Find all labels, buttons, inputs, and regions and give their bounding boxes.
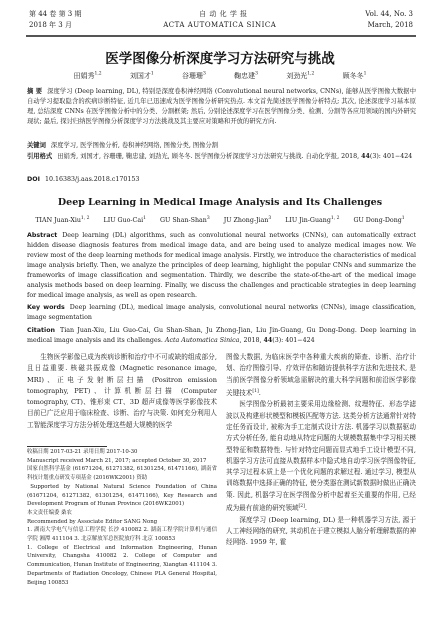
body-column-right: 图像大数据, 为临床医学中各种重大疾病的筛查、诊断、治疗计划、治疗图像引导、疗效… [226,352,416,548]
author-list-cn: 田娟秀1,2 刘国才1 谷珊珊3 鞠忠建3 刘劲光1,2 顾冬冬1 [0,71,440,81]
journal-header: 第 44 卷 第 3 期 自 动 化 学 报 Vol. 44, No. 3 20… [29,9,413,35]
paper-title-cn: 医学图像分析深度学习方法研究与挑战 [0,47,440,67]
funding-cn: 国家自然科学基金 (61671204, 61271382, 61301254, … [27,465,217,482]
footnote-divider [27,446,107,447]
abstract-en: AbstractDeep learning (DL) algorithms, s… [27,231,416,301]
date-en: March, 2018 [368,20,413,31]
issue-cn: 第 44 卷 第 3 期 [29,9,82,20]
citation-en: CitationTian Juan-Xiu, Liu Guo-Cai, Gu S… [27,326,416,346]
body-paragraph: 生物医学影像已成为疾病诊断和治疗中不可或缺的组成部分, 且日益重要. 核磁共振成… [27,352,217,431]
date-cn: 2018 年 3 月 [29,20,72,31]
doi-label: DOI [27,176,40,183]
body-column-left: 生物医学影像已成为疾病诊断和治疗中不可或缺的组成部分, 且日益重要. 核磁共振成… [27,352,217,431]
funding-en: Supported by National Natural Science Fo… [27,483,217,509]
keywords-en-text: Deep learning (DL), medical image analys… [27,304,416,321]
keywords-en: Key wordsDeep learning (DL), medical ima… [27,303,416,323]
affiliations-cn: 1. 湖南大学电气与信息工程学院 长沙 410082 2. 湖南工程学院计算机与… [27,526,217,543]
abstract-cn-label: 摘 要 [27,88,42,95]
editor-en: Recommended by Associate Editor SANG Non… [27,518,217,527]
citation-cn-label: 引用格式 [27,153,52,160]
author-cn: 田娟秀1,2 [73,72,101,80]
paper-page: 第 44 卷 第 3 期 自 动 化 学 报 Vol. 44, No. 3 20… [0,0,440,620]
author-cn: 谷珊珊3 [182,72,206,80]
author-cn: 顾冬冬1 [343,72,367,80]
author-en: LIU Guo-Cai1 [104,217,146,224]
editor-cn: 本文责任编委 桑农 [27,509,217,518]
paper-title-en: Deep Learning in Medical Image Analysis … [0,197,440,208]
author-list-en: TIAN Juan-Xiu1, 2 LIU Guo-Cai1 GU Shan-S… [0,216,440,224]
abstract-en-label: Abstract [27,232,57,239]
keywords-cn: 关键词深度学习, 医学图像分析, 卷积神经网络, 图像分类, 图像分割 [27,141,416,151]
body-paragraph: 医学图像分析最初主要采用边缘检测、纹理特征、形态学滤波以及构建形状模型和模板匹配… [226,399,416,514]
footnotes: 收稿日期 2017-03-21 录用日期 2017-10-30 Manuscri… [27,448,217,587]
dates-en: Manuscript received March 21, 2017; acce… [27,457,217,466]
journal-name-en: ACTA AUTOMATICA SINICA [163,20,276,31]
author-en: TIAN Juan-Xiu1, 2 [35,217,89,224]
abstract-cn-text: 深度学习 (Deep learning, DL), 特别是深度卷积神经网络 (C… [27,88,416,125]
doi: DOI10.16383/j.aas.2018.c170153 [27,175,416,185]
citation-en-label: Citation [27,327,55,334]
abstract-en-text: Deep learning (DL) algorithms, such as c… [27,232,416,299]
author-en: LIU Jin-Guang1, 2 [285,217,339,224]
affiliations-en: 1. College of Electrical and Information… [27,544,217,588]
author-cn: 刘国才1 [130,72,154,80]
doi-link[interactable]: 10.16383/j.aas.2018.c170153 [45,176,139,183]
author-en: JU Zhong-Jian3 [224,217,272,224]
author-en: GU Dong-Dong1 [353,217,404,224]
author-cn: 刘劲光1,2 [286,72,314,80]
body-paragraph: 深度学习 (Deep learning, DL) 是一种机器学习方法, 源于人工… [226,515,416,549]
author-cn: 鞠忠建3 [234,72,258,80]
abstract-cn: 摘 要深度学习 (Deep learning, DL), 特别是深度卷积神经网络… [27,87,416,127]
keywords-cn-label: 关键词 [27,142,46,149]
issue-en: Vol. 44, No. 3 [365,9,413,20]
journal-name-cn: 自 动 化 学 报 [199,9,247,20]
author-en: GU Shan-Shan3 [160,217,210,224]
citation-cn: 引用格式田娟秀, 刘国才, 谷珊珊, 鞠忠建, 刘劲光, 顾冬冬. 医学图像分析… [27,152,416,162]
header-divider [26,35,416,37]
keywords-cn-text: 深度学习, 医学图像分析, 卷积神经网络, 图像分类, 图像分割 [51,142,218,149]
dates-cn: 收稿日期 2017-03-21 录用日期 2017-10-30 [27,448,217,457]
keywords-en-label: Key words [27,304,65,311]
body-paragraph: 图像大数据, 为临床医学中各种重大疾病的筛查、诊断、治疗计划、治疗图像引导、疗效… [226,352,416,399]
